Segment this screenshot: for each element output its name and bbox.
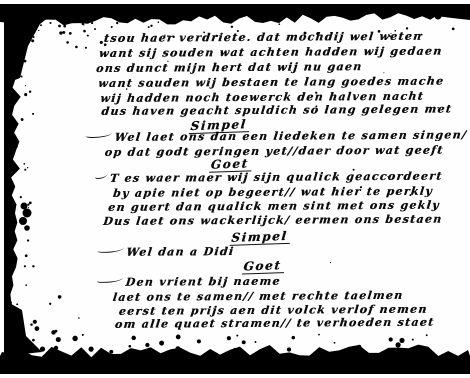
manuscript-line: Den vrient bij naeme xyxy=(96,275,282,289)
manuscript-line: laet ons te samen// met rechte taelmen xyxy=(112,289,404,304)
line-text: want souden wij bestaen te lang goedes m… xyxy=(98,75,446,90)
manuscript-line: T es waer maer wij sijn qualick geaccord… xyxy=(94,170,443,185)
manuscript-page: tsou haer verdriete. dat mochdij wel wet… xyxy=(0,0,470,378)
manuscript-line: tsou haer verdriete. dat mochdij wel wet… xyxy=(103,30,423,45)
line-text: dus haven geacht spuldich so lang gelege… xyxy=(101,102,453,117)
line-text: tsou haer verdriete. dat mochdij wel wet… xyxy=(103,30,423,45)
manuscript-line: want souden wij bestaen te lang goedes m… xyxy=(98,75,446,90)
pen-flourish-icon xyxy=(86,131,113,138)
line-text: by apie niet op begeert// wat hier te pe… xyxy=(112,185,433,200)
line-text: op dat godt geringen yet//daer door wat … xyxy=(104,144,444,159)
pen-flourish-icon xyxy=(97,276,124,283)
manuscript-line: Wel laet ons dan een liedeken te samen s… xyxy=(85,128,470,144)
line-text: ons dunct mijn hert dat wij nu gaen xyxy=(95,60,363,75)
manuscript-line: op dat godt geringen yet//daer door wat … xyxy=(104,144,444,159)
manuscript-line: want sij souden wat achten hadden wij ge… xyxy=(98,45,443,60)
manuscript-text-block: tsou haer verdriete. dat mochdij wel wet… xyxy=(0,0,470,378)
line-text: Wel dan a Didi xyxy=(126,245,235,259)
line-text: T es waer maer wij sijn qualick geaccord… xyxy=(109,170,443,185)
manuscript-line: en guert dan qualick men sint met ons ge… xyxy=(107,199,440,214)
line-text: Simpel xyxy=(230,229,292,246)
line-text: Wel laet ons dan een liedeken te samen s… xyxy=(114,128,470,144)
pen-flourish-icon xyxy=(97,246,124,253)
line-text: want sij souden wat achten hadden wij ge… xyxy=(98,45,443,60)
manuscript-line: om alle quaet stramen// te verhoeden sta… xyxy=(114,316,435,331)
speaker-label: Goet xyxy=(209,157,253,172)
line-text: laet ons te samen// met rechte taelmen xyxy=(112,289,404,304)
manuscript-line: Dus laet ons wackerlijck/ eermen ons bes… xyxy=(102,213,443,228)
line-text: om alle quaet stramen// te verhoeden sta… xyxy=(114,316,435,331)
speaker-label: Simpel xyxy=(229,230,291,245)
line-text: Goet xyxy=(242,258,285,274)
manuscript-line: by apie niet op begeert// wat hier te pe… xyxy=(112,185,433,200)
pen-flourish-icon xyxy=(95,172,108,179)
line-text: Den vrient bij naeme xyxy=(125,275,282,289)
manuscript-line: Wel dan a Didi xyxy=(97,245,235,259)
manuscript-line: dus haven geacht spuldich so lang gelege… xyxy=(101,102,453,117)
line-text: Dus laet ons wackerlijck/ eermen ons bes… xyxy=(102,213,443,228)
line-text: en guert dan qualick men sint met ons ge… xyxy=(107,199,440,214)
manuscript-line: ons dunct mijn hert dat wij nu gaen xyxy=(95,60,363,75)
speaker-label: Goet xyxy=(242,259,286,274)
